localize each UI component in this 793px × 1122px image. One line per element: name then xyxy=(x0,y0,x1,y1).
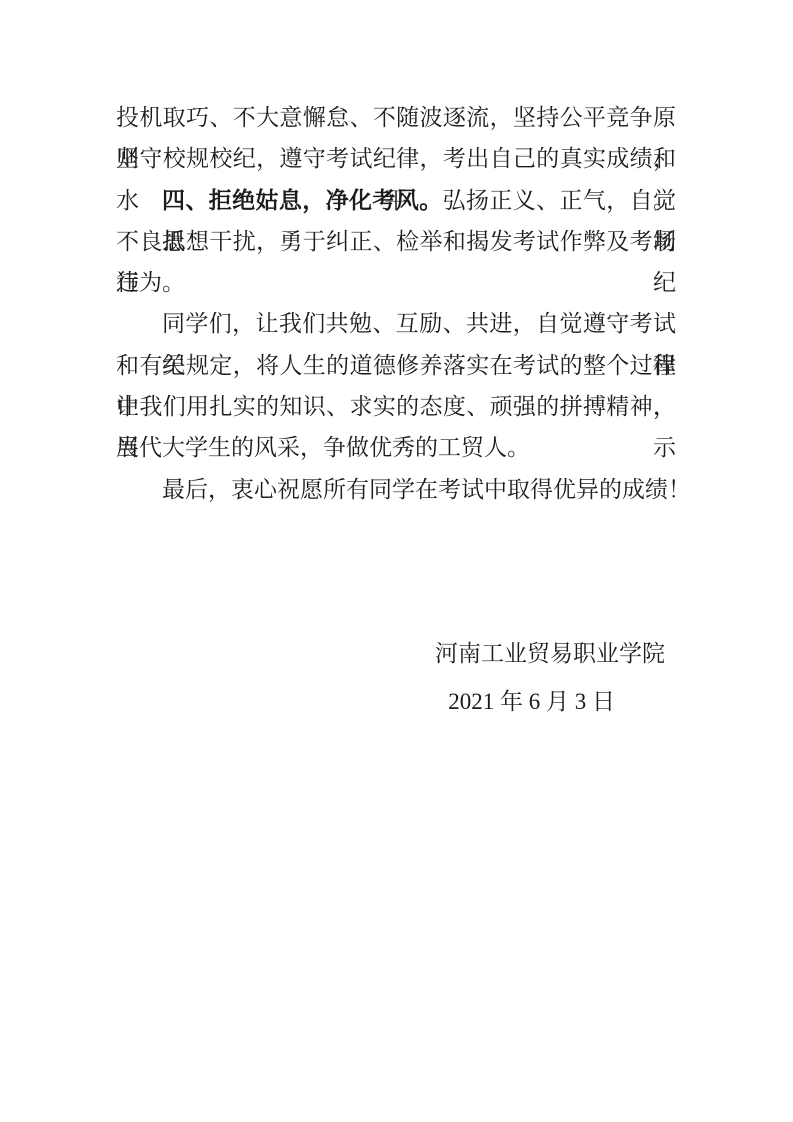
text-line: 投机取巧、不大意懈怠、不随波逐流，坚持公平竞争原则， xyxy=(116,97,676,138)
document-page: 投机取巧、不大意懈怠、不随波逐流，坚持公平竞争原则，坚守校规校纪，遵守考试纪律，… xyxy=(0,0,793,1122)
text-line: 和有关规定，将人生的道德修养落实在考试的整个过程中， xyxy=(116,345,676,386)
line-text: 行为。 xyxy=(116,270,185,295)
text-line: 不良思想干扰，勇于纠正、检举和揭发考试作弊及考场违纪 xyxy=(116,221,676,262)
signature-organization: 河南工业贸易职业学院 xyxy=(116,630,676,678)
text-line: 四、拒绝姑息，净化考风。弘扬正义、正气，自觉抵制 xyxy=(116,180,676,221)
text-line: 让我们用扎实的知识、求实的态度、顽强的拼搏精神，展示 xyxy=(116,386,676,427)
letter-body: 投机取巧、不大意懈怠、不随波逐流，坚持公平竞争原则，坚守校规校纪，遵守考试纪律，… xyxy=(116,97,676,510)
text-line: 最后，衷心祝愿所有同学在考试中取得优异的成绩！ xyxy=(116,469,676,510)
line-text: 最后，衷心祝愿所有同学在考试中取得优异的成绩！ xyxy=(162,477,691,502)
line-text: 当代大学生的风采，争做优秀的工贸人。 xyxy=(116,435,530,460)
section-heading: 四、拒绝姑息，净化考风。 xyxy=(162,188,443,213)
signature-date: 2021 年 6 月 3 日 xyxy=(116,678,676,726)
line-text: 不良思想干扰，勇于纠正、检举和揭发考试作弊及考场违纪 xyxy=(116,229,676,295)
text-line: 同学们，让我们共勉、互励、共进，自觉遵守考试纪律 xyxy=(116,303,676,344)
text-line: 坚守校规校纪，遵守考试纪律，考出自己的真实成绩和水平。 xyxy=(116,138,676,179)
